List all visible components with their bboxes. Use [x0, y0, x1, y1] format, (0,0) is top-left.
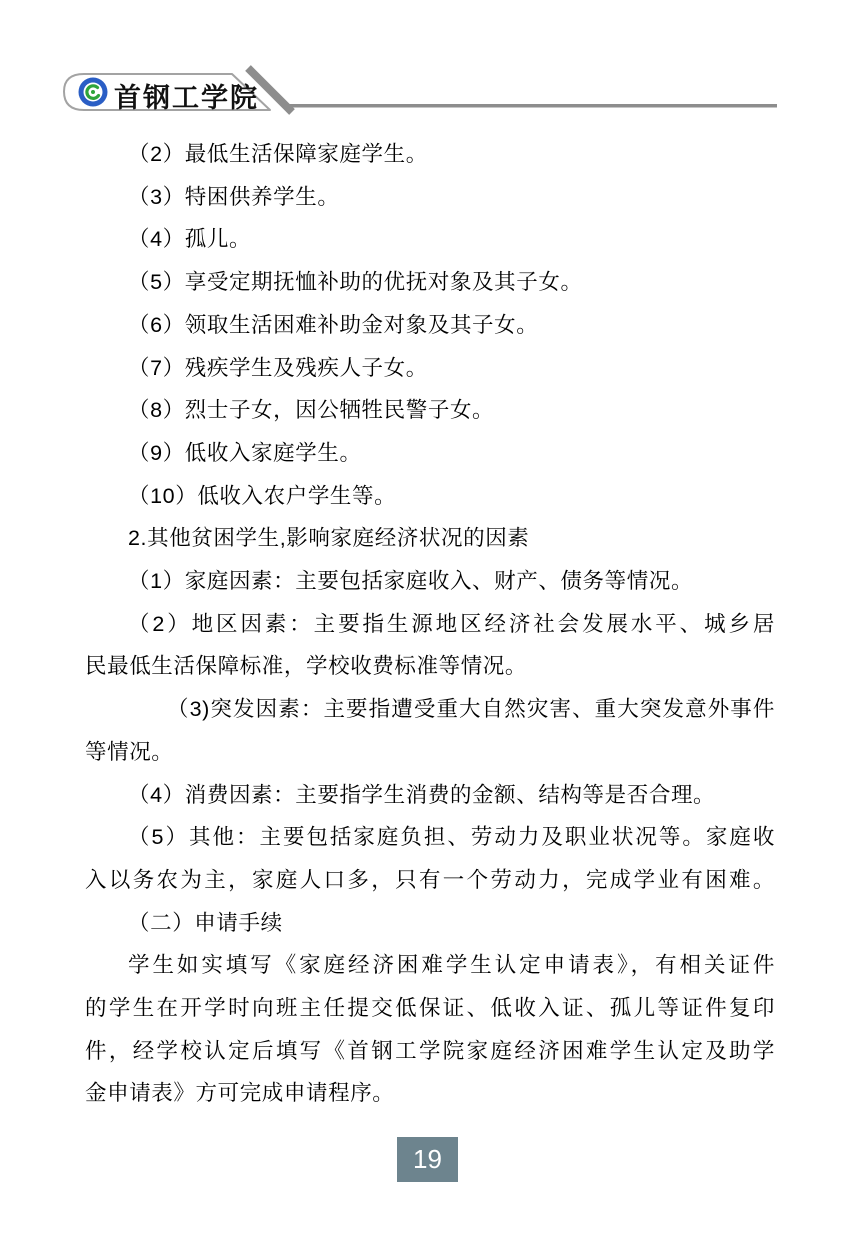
text-line: 等情况。 [85, 731, 775, 774]
text-line: （4）孤儿。 [85, 218, 775, 261]
text-line: 民最低生活保障标准，学校收费标准等情况。 [85, 645, 775, 688]
text-line: 学生如实填写《家庭经济困难学生认定申请表》，有相关证件 [85, 944, 775, 987]
text-line: 入以务农为主，家庭人口多，只有一个劳动力，完成学业有困难。 [85, 859, 775, 902]
text-line: （3)突发因素：主要指遭受重大自然灾害、重大突发意外事件 [85, 688, 775, 731]
document-page: 首钢工学院 （2）最低生活保障家庭学生。（3）特困供养学生。（4）孤儿。（5）享… [0, 0, 856, 1240]
text-line: 金申请表》方可完成申请程序。 [85, 1072, 775, 1115]
text-line: （5）其他：主要包括家庭负担、劳动力及职业状况等。家庭收 [85, 816, 775, 859]
text-line: （8）烈士子女，因公牺牲民警子女。 [85, 389, 775, 432]
text-line: （9）低收入家庭学生。 [85, 432, 775, 475]
text-line: 2.其他贫困学生,影响家庭经济状况的因素 [85, 517, 775, 560]
header-rule [284, 104, 777, 108]
text-line: （7）残疾学生及残疾人子女。 [85, 347, 775, 390]
document-body: （2）最低生活保障家庭学生。（3）特困供养学生。（4）孤儿。（5）享受定期抚恤补… [85, 133, 775, 1115]
page-number: 19 [413, 1144, 442, 1175]
page-number-badge: 19 [397, 1137, 458, 1182]
text-line: （6）领取生活困难补助金对象及其子女。 [85, 304, 775, 347]
text-line: （1）家庭因素：主要包括家庭收入、财产、债务等情况。 [85, 560, 775, 603]
text-line: （3）特困供养学生。 [85, 176, 775, 219]
text-line: 件，经学校认定后填写《首钢工学院家庭经济困难学生认定及助学 [85, 1030, 775, 1073]
text-line: （5）享受定期抚恤补助的优抚对象及其子女。 [85, 261, 775, 304]
school-name: 首钢工学院 [114, 76, 259, 115]
school-logo-icon [79, 78, 108, 107]
text-line: （2）最低生活保障家庭学生。 [85, 133, 775, 176]
text-line: 的学生在开学时向班主任提交低保证、低收入证、孤儿等证件复印 [85, 987, 775, 1030]
text-line: （4）消费因素：主要指学生消费的金额、结构等是否合理。 [85, 774, 775, 817]
text-line: （10）低收入农户学生等。 [85, 475, 775, 518]
text-line: （二）申请手续 [85, 902, 775, 945]
text-line: （2）地区因素：主要指生源地区经济社会发展水平、城乡居 [85, 603, 775, 646]
